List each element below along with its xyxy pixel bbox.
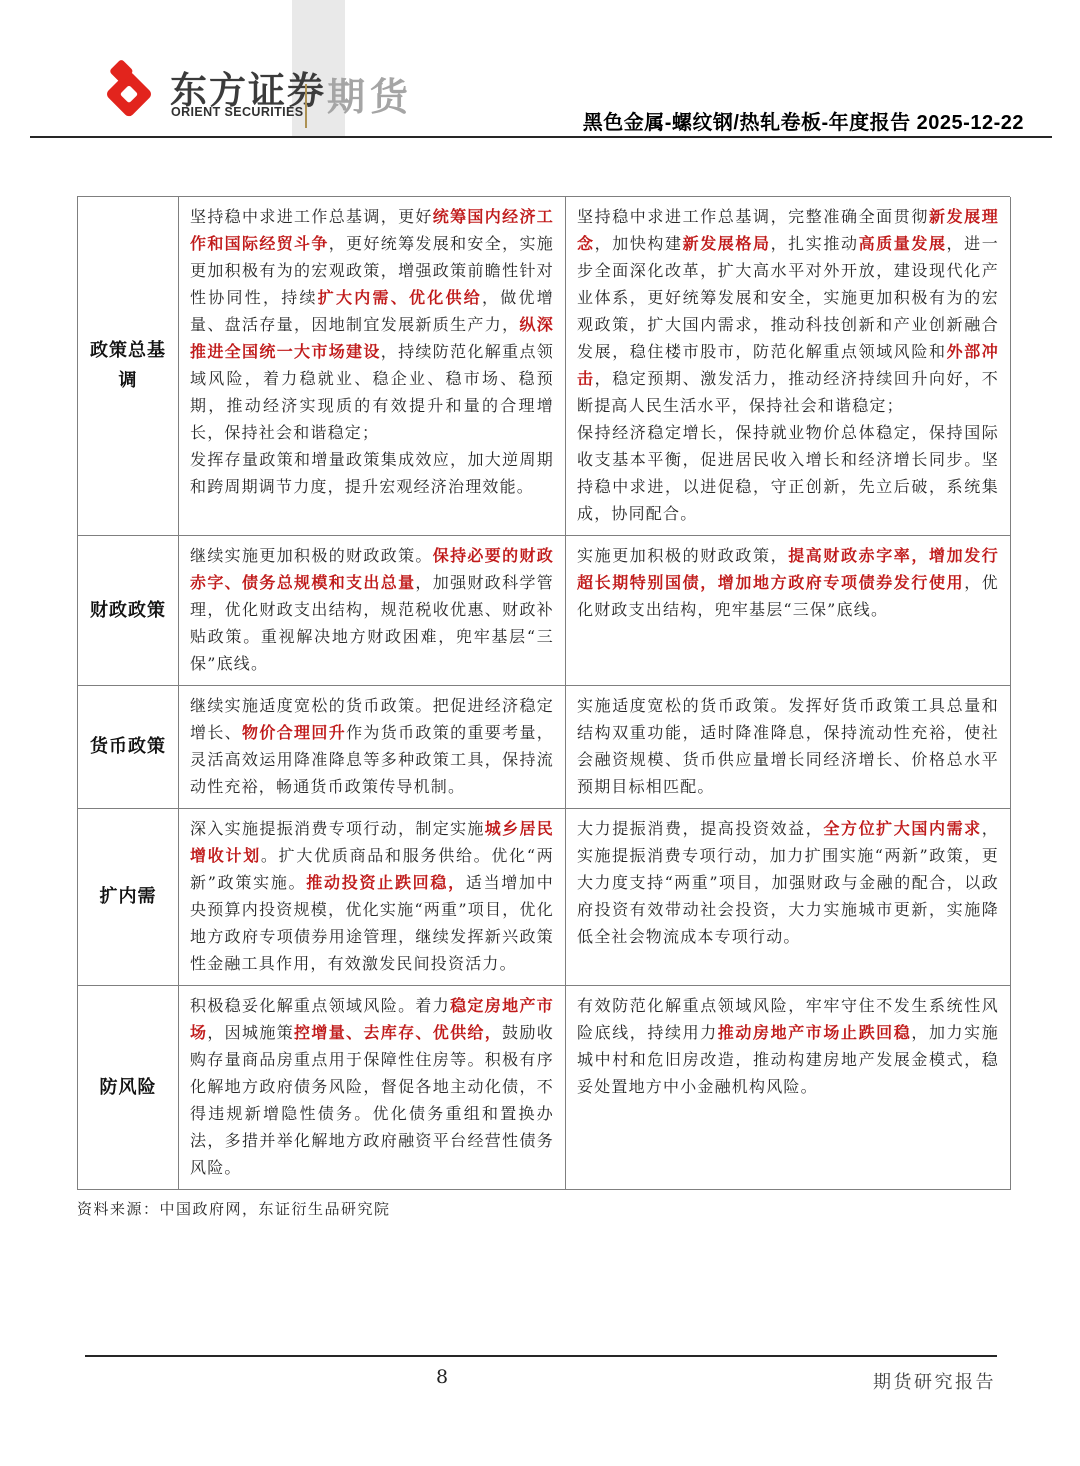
- paragraph: 发挥存量政策和增量政策集成效应，加大逆周期和跨周期调节力度，提升宏观经济治理效能…: [190, 446, 554, 500]
- paragraph: 保持经济稳定增长，保持就业物价总体稳定，保持国际收支基本平衡，促进居民收入增长和…: [577, 419, 999, 527]
- report-type-label: 期货研究报告: [873, 1368, 996, 1394]
- policy-table: 政策总基调坚持稳中求进工作总基调，更好统筹国内经济工作和国际经贸斗争，更好统筹发…: [77, 196, 1010, 1190]
- text-run: ，扎实推动: [771, 234, 859, 253]
- row-0-right-cell: 坚持稳中求进工作总基调，完整准确全面贯彻新发展理念，加快构建新发展格局，扎实推动…: [566, 197, 1011, 536]
- paragraph: 坚持稳中求进工作总基调，完整准确全面贯彻新发展理念，加快构建新发展格局，扎实推动…: [577, 203, 999, 419]
- row-4-left-cell: 积极稳妥化解重点领域风险。着力稳定房地产市场，因城施策控增量、去库存、优供给，鼓…: [179, 986, 566, 1190]
- row-2-left-cell: 继续实施适度宽松的货币政策。把促进经济稳定增长、物价合理回升作为货币政策的重要考…: [179, 686, 566, 809]
- paragraph: 深入实施提振消费专项行动，制定实施城乡居民增收计划。扩大优质商品和服务供给。优化…: [190, 815, 554, 977]
- paragraph: 实施更加积极的财政政策，提高财政赤字率，增加发行超长期特别国债，增加地方政府专项…: [577, 542, 999, 623]
- row-label-1: 财政政策: [78, 536, 179, 686]
- highlight-red-text: 物价合理回升: [242, 723, 346, 742]
- row-label-4: 防风险: [78, 986, 179, 1190]
- paragraph: 有效防范化解重点领域风险，牢牢守住不发生系统性风险底线，持续用力推动房地产市场止…: [577, 992, 999, 1100]
- highlight-red-text: 推动投资止跌回稳，: [306, 873, 466, 892]
- text-run: 继续实施更加积极的财政政策。: [190, 546, 433, 565]
- row-3-left-cell: 深入实施提振消费专项行动，制定实施城乡居民增收计划。扩大优质商品和服务供给。优化…: [179, 809, 566, 986]
- highlight-red-text: 高质量发展: [859, 234, 947, 253]
- text-run: 深入实施提振消费专项行动，制定实施: [190, 819, 485, 838]
- row-label-2: 货币政策: [78, 686, 179, 809]
- paragraph: 积极稳妥化解重点领域风险。着力稳定房地产市场，因城施策控增量、去库存、优供给，鼓…: [190, 992, 554, 1181]
- paragraph: 实施适度宽松的货币政策。发挥好货币政策工具总量和结构双重功能，适时降准降息，保持…: [577, 692, 999, 800]
- text-run: ，因城施策: [207, 1023, 294, 1042]
- highlight-red-text: 控增量、去库存、优供给，: [294, 1023, 502, 1042]
- highlight-red-text: 推动房地产市场止跌回稳: [718, 1023, 912, 1042]
- highlight-red-text: 全方位扩大国内需求: [823, 819, 981, 838]
- text-run: 发挥存量政策和增量政策集成效应，加大逆周期和跨周期调节力度，提升宏观经济治理效能…: [190, 450, 554, 496]
- row-label-3: 扩内需: [78, 809, 179, 986]
- source-note: 资料来源：中国政府网，东证衍生品研究院: [77, 1198, 1010, 1219]
- text-run: 实施适度宽松的货币政策。发挥好货币政策工具总量和结构双重功能，适时降准降息，保持…: [577, 696, 999, 796]
- paragraph: 坚持稳中求进工作总基调，更好统筹国内经济工作和国际经贸斗争，更好统筹发展和安全，…: [190, 203, 554, 446]
- content-area: 政策总基调坚持稳中求进工作总基调，更好统筹国内经济工作和国际经贸斗争，更好统筹发…: [77, 196, 1010, 1219]
- text-run: ，进一步全面深化改革，扩大高水平对外开放，建设现代化产业体系，更好统筹发展和安全…: [577, 234, 999, 361]
- text-run: ，稳定预期、激发活力，推动经济持续回升向好，不断提高人民生活水平，保持社会和谐稳…: [577, 369, 999, 415]
- row-0-left-cell: 坚持稳中求进工作总基调，更好统筹国内经济工作和国际经贸斗争，更好统筹发展和安全，…: [179, 197, 566, 536]
- footer-rule: [85, 1355, 997, 1357]
- text-run: ，实施提振消费专项行动，加力扩围实施“两新”政策，更大力度支持“两重”项目，加强…: [577, 819, 999, 946]
- text-run: 坚持稳中求进工作总基调，完整准确全面贯彻: [577, 207, 929, 226]
- row-4-right-cell: 有效防范化解重点领域风险，牢牢守住不发生系统性风险底线，持续用力推动房地产市场止…: [566, 986, 1011, 1190]
- text-run: 保持经济稳定增长，保持就业物价总体稳定，保持国际收支基本平衡，促进居民收入增长和…: [577, 423, 999, 523]
- header-rule: [30, 136, 1052, 138]
- row-1-right-cell: 实施更加积极的财政政策，提高财政赤字率，增加发行超长期特别国债，增加地方政府专项…: [566, 536, 1011, 686]
- business-unit-label: 期货: [327, 66, 413, 121]
- report-page: 东方证券 ORIENT SECURITIES 期货 黑色金属-螺纹钢/热轧卷板-…: [0, 0, 1080, 1466]
- text-run: ，加快构建: [595, 234, 683, 253]
- paragraph: 继续实施适度宽松的货币政策。把促进经济稳定增长、物价合理回升作为货币政策的重要考…: [190, 692, 554, 800]
- row-1-left-cell: 继续实施更加积极的财政政策。保持必要的财政赤字、债务总规模和支出总量，加强财政科…: [179, 536, 566, 686]
- highlight-red-text: 扩大内需、优化供给: [318, 288, 482, 307]
- document-title: 黑色金属-螺纹钢/热轧卷板-年度报告 2025-12-22: [583, 106, 1024, 135]
- text-run: 坚持稳中求进工作总基调，更好: [190, 207, 433, 226]
- brand-name-en: ORIENT SECURITIES: [171, 105, 304, 119]
- paragraph: 大力提振消费，提高投资效益，全方位扩大国内需求，实施提振消费专项行动，加力扩围实…: [577, 815, 999, 950]
- row-3-right-cell: 大力提振消费，提高投资效益，全方位扩大国内需求，实施提振消费专项行动，加力扩围实…: [566, 809, 1011, 986]
- text-run: 鼓励收购存量商品房重点用于保障性住房等。积极有序化解地方政府债务风险，督促各地主…: [190, 1023, 554, 1177]
- row-label-0: 政策总基调: [78, 197, 179, 536]
- orient-securities-logo-icon: [98, 60, 160, 126]
- text-run: 积极稳妥化解重点领域风险。着力: [190, 996, 450, 1015]
- page-number: 8: [436, 1366, 448, 1388]
- highlight-red-text: 新发展格局: [683, 234, 771, 253]
- text-run: 大力提振消费，提高投资效益，: [577, 819, 823, 838]
- paragraph: 继续实施更加积极的财政政策。保持必要的财政赤字、债务总规模和支出总量，加强财政科…: [190, 542, 554, 677]
- logo-divider: [305, 84, 307, 128]
- row-2-right-cell: 实施适度宽松的货币政策。发挥好货币政策工具总量和结构双重功能，适时降准降息，保持…: [566, 686, 1011, 809]
- text-run: 实施更加积极的财政政策，: [577, 546, 788, 565]
